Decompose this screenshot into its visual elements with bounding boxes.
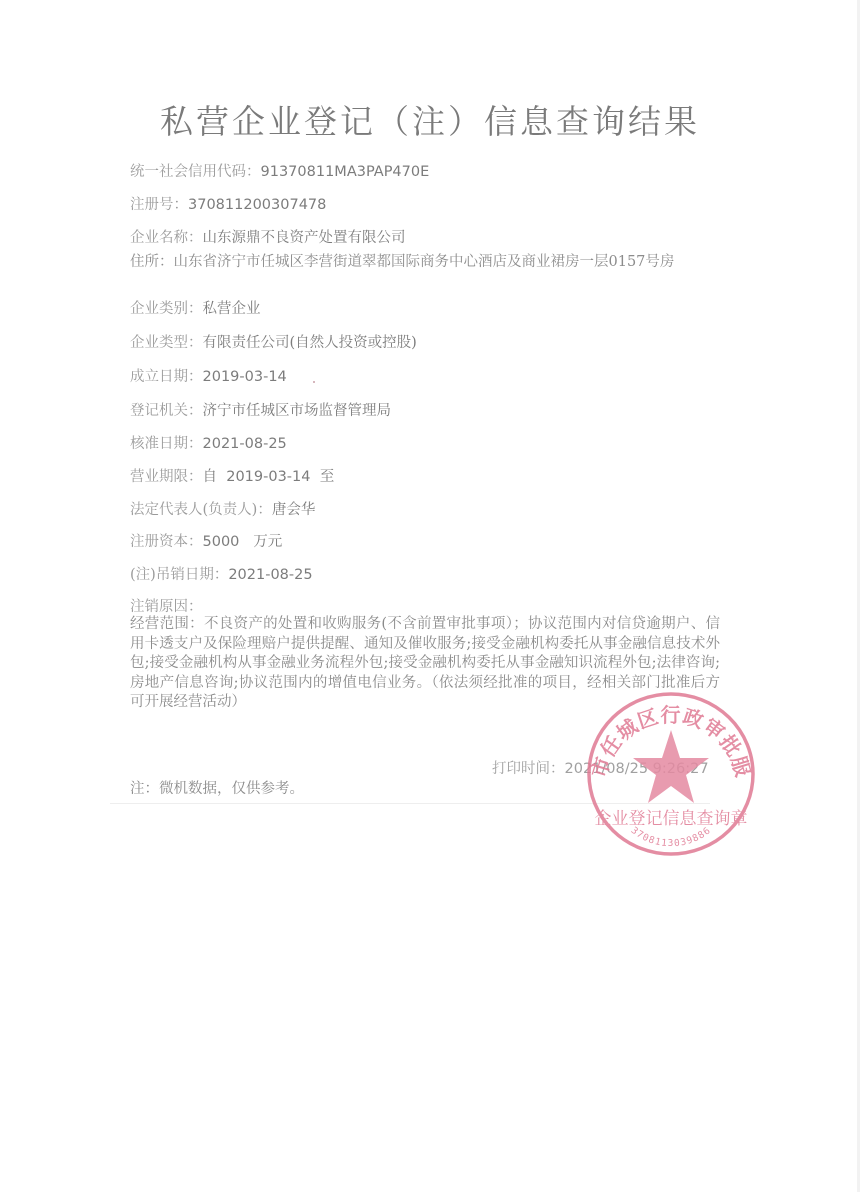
- field-label: 营业期限：: [130, 469, 203, 485]
- field-value: 山东省济宁市任城区李营街道翠都国际商务中心酒店及商业裙房一层0157号房: [174, 254, 675, 270]
- field-value: 2021-08-25: [203, 436, 287, 452]
- field-label: 企业类型：: [130, 335, 203, 351]
- seal-code: 3708113039886: [629, 825, 714, 849]
- disclaimer-note: 注：微机数据，仅供参考。: [130, 777, 304, 798]
- field-legal-representative: 法定代表人(负责人)：唐会华: [130, 498, 315, 519]
- print-time: 打印时间：2021/08/25 9:26:27: [492, 757, 709, 778]
- field-label: (注)吊销日期：: [130, 567, 228, 583]
- print-time-value: 2021/08/25 9:26:27: [565, 761, 709, 777]
- field-approval-date: 核准日期：2021-08-25: [130, 432, 287, 453]
- field-label: 经营范围：: [130, 616, 204, 632]
- field-value: 济宁市任城区市场监督管理局: [203, 403, 392, 419]
- scanned-document-page: 私营企业登记（注）信息查询结果 统一社会信用代码：91370811MA3PAP4…: [0, 0, 860, 1192]
- field-address: 住所：山东省济宁市任城区李营街道翠都国际商务中心酒店及商业裙房一层0157号房: [130, 252, 720, 272]
- field-business-term: 营业期限：自 2019-03-14 至: [130, 465, 334, 486]
- field-value: 370811200307478: [188, 197, 326, 213]
- field-value: 山东源鼎不良资产处置有限公司: [203, 230, 406, 246]
- field-registration-number: 注册号：370811200307478: [130, 193, 326, 214]
- field-label: 企业类别：: [130, 301, 203, 317]
- field-credit-code: 统一社会信用代码：91370811MA3PAP470E: [130, 160, 429, 181]
- field-label: 企业名称：: [130, 230, 203, 246]
- field-company-name: 企业名称：山东源鼎不良资产处置有限公司: [130, 226, 406, 247]
- field-value: 自 2019-03-14 至: [203, 469, 335, 485]
- print-time-label: 打印时间：: [492, 761, 565, 777]
- field-value: 5000 万元: [203, 534, 283, 550]
- field-label: 成立日期：: [130, 369, 203, 385]
- field-label: 统一社会信用代码：: [130, 164, 261, 180]
- field-label: 住所：: [130, 254, 174, 270]
- field-label: 注册号：: [130, 197, 188, 213]
- field-enterprise-category: 企业类别：私营企业: [130, 297, 261, 318]
- field-value: 2021-08-25: [228, 567, 312, 583]
- field-label: 法定代表人(负责人)：: [130, 502, 272, 518]
- field-establishment-date: 成立日期：2019-03-14: [130, 365, 287, 386]
- divider: [110, 803, 710, 804]
- field-label: 核准日期：: [130, 436, 203, 452]
- field-value: 2019-03-14: [203, 369, 287, 385]
- field-business-scope: 经营范围：不良资产的处置和收购服务(不含前置审批事项）；协议范围内对信贷逾期户、…: [130, 615, 720, 713]
- field-value: 91370811MA3PAP470E: [261, 164, 430, 180]
- field-cancellation-reason: 注销原因：: [130, 595, 203, 616]
- field-value: 私营企业: [203, 301, 261, 317]
- field-value: 唐会华: [272, 502, 316, 518]
- field-label: 注销原因：: [130, 599, 203, 615]
- field-revocation-date: (注)吊销日期：2021-08-25: [130, 563, 313, 584]
- field-label: 登记机关：: [130, 403, 203, 419]
- field-enterprise-type: 企业类型：有限责任公司(自然人投资或控股): [130, 331, 417, 352]
- field-value: 有限责任公司(自然人投资或控股): [203, 335, 417, 351]
- seal-inner-text: 企业登记信息查询章: [595, 808, 748, 829]
- scan-speck: [313, 381, 315, 383]
- document-title: 私营企业登记（注）信息查询结果: [0, 96, 860, 143]
- field-label: 注册资本：: [130, 534, 203, 550]
- field-registration-authority: 登记机关：济宁市任城区市场监督管理局: [130, 399, 391, 420]
- field-registered-capital: 注册资本：5000 万元: [130, 530, 282, 551]
- field-value: 不良资产的处置和收购服务(不含前置审批事项）；协议范围内对信贷逾期户、信用卡透支…: [130, 616, 720, 710]
